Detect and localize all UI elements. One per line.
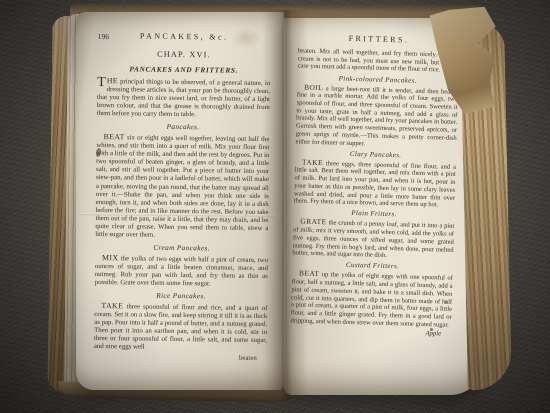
recipe-heading: Cream Pancakes.: [95, 243, 268, 253]
paper-stain: [225, 24, 267, 52]
left-page: 196 PANCAKES, &c. CHAP. XVI. PANCAKES AN…: [76, 12, 284, 390]
recipe-plain-fritters: Plain Fritters. GRATE the crumb of a pen…: [292, 209, 454, 262]
photo-background: 196 PANCAKES, &c. CHAP. XVI. PANCAKES AN…: [0, 0, 550, 413]
drop-cap: T: [97, 77, 106, 89]
section-heading: PANCAKES AND FRITTERS.: [97, 64, 270, 75]
paper-stain: [430, 328, 433, 331]
recipe-heading: Rice Pancakes.: [94, 291, 267, 301]
catchword-left: beaten: [94, 353, 267, 362]
recipe-cream-pancakes: Cream Pancakes. MIX the yolks of two egg…: [95, 243, 269, 289]
recipe-paragraph: MIX the yolks of two eggs with half a pi…: [95, 254, 268, 289]
recipe-heading: Pancakes.: [97, 122, 270, 132]
recipe-paragraph: BEAT up the yolks of eight eggs with one…: [290, 270, 452, 329]
recipe-paragraph: GRATE the crumb of a penny loaf, and put…: [292, 218, 454, 262]
left-page-text: 196 PANCAKES, &c. CHAP. XVI. PANCAKES AN…: [76, 12, 284, 390]
paper-stain: [445, 300, 447, 304]
intro-paragraph: THE principal things to be observed, of …: [97, 77, 270, 121]
recipe-pancakes: Pancakes. BEAT six or eight eggs well to…: [95, 122, 269, 241]
recipe-custard-fritters: Custard Fritters. BEAT up the yolks of e…: [290, 261, 453, 329]
recipe-rice-pancakes: Rice Pancakes. TAKE three spoonsful of f…: [94, 291, 268, 353]
recipe-paragraph: TAKE three eggs, three spoonsful of fine…: [294, 158, 456, 210]
recipe-clary-pancakes: Clary Pancakes. TAKE three eggs, three s…: [294, 149, 457, 210]
recipe-pink-coloured-pancakes: Pink-coloured Pancakes. BOIL a large bee…: [295, 74, 458, 150]
recipe-paragraph: BOIL a large beet-root till it is tender…: [295, 83, 458, 150]
recipe-paragraph: TAKE three spoonsful of flour and rice, …: [94, 302, 268, 354]
continuation-paragraph: beaten. Mix all well together, and fry t…: [298, 47, 460, 75]
recipe-paragraph: BEAT six or eight eggs well together, le…: [95, 133, 269, 241]
page-number-left: 196: [98, 32, 109, 41]
